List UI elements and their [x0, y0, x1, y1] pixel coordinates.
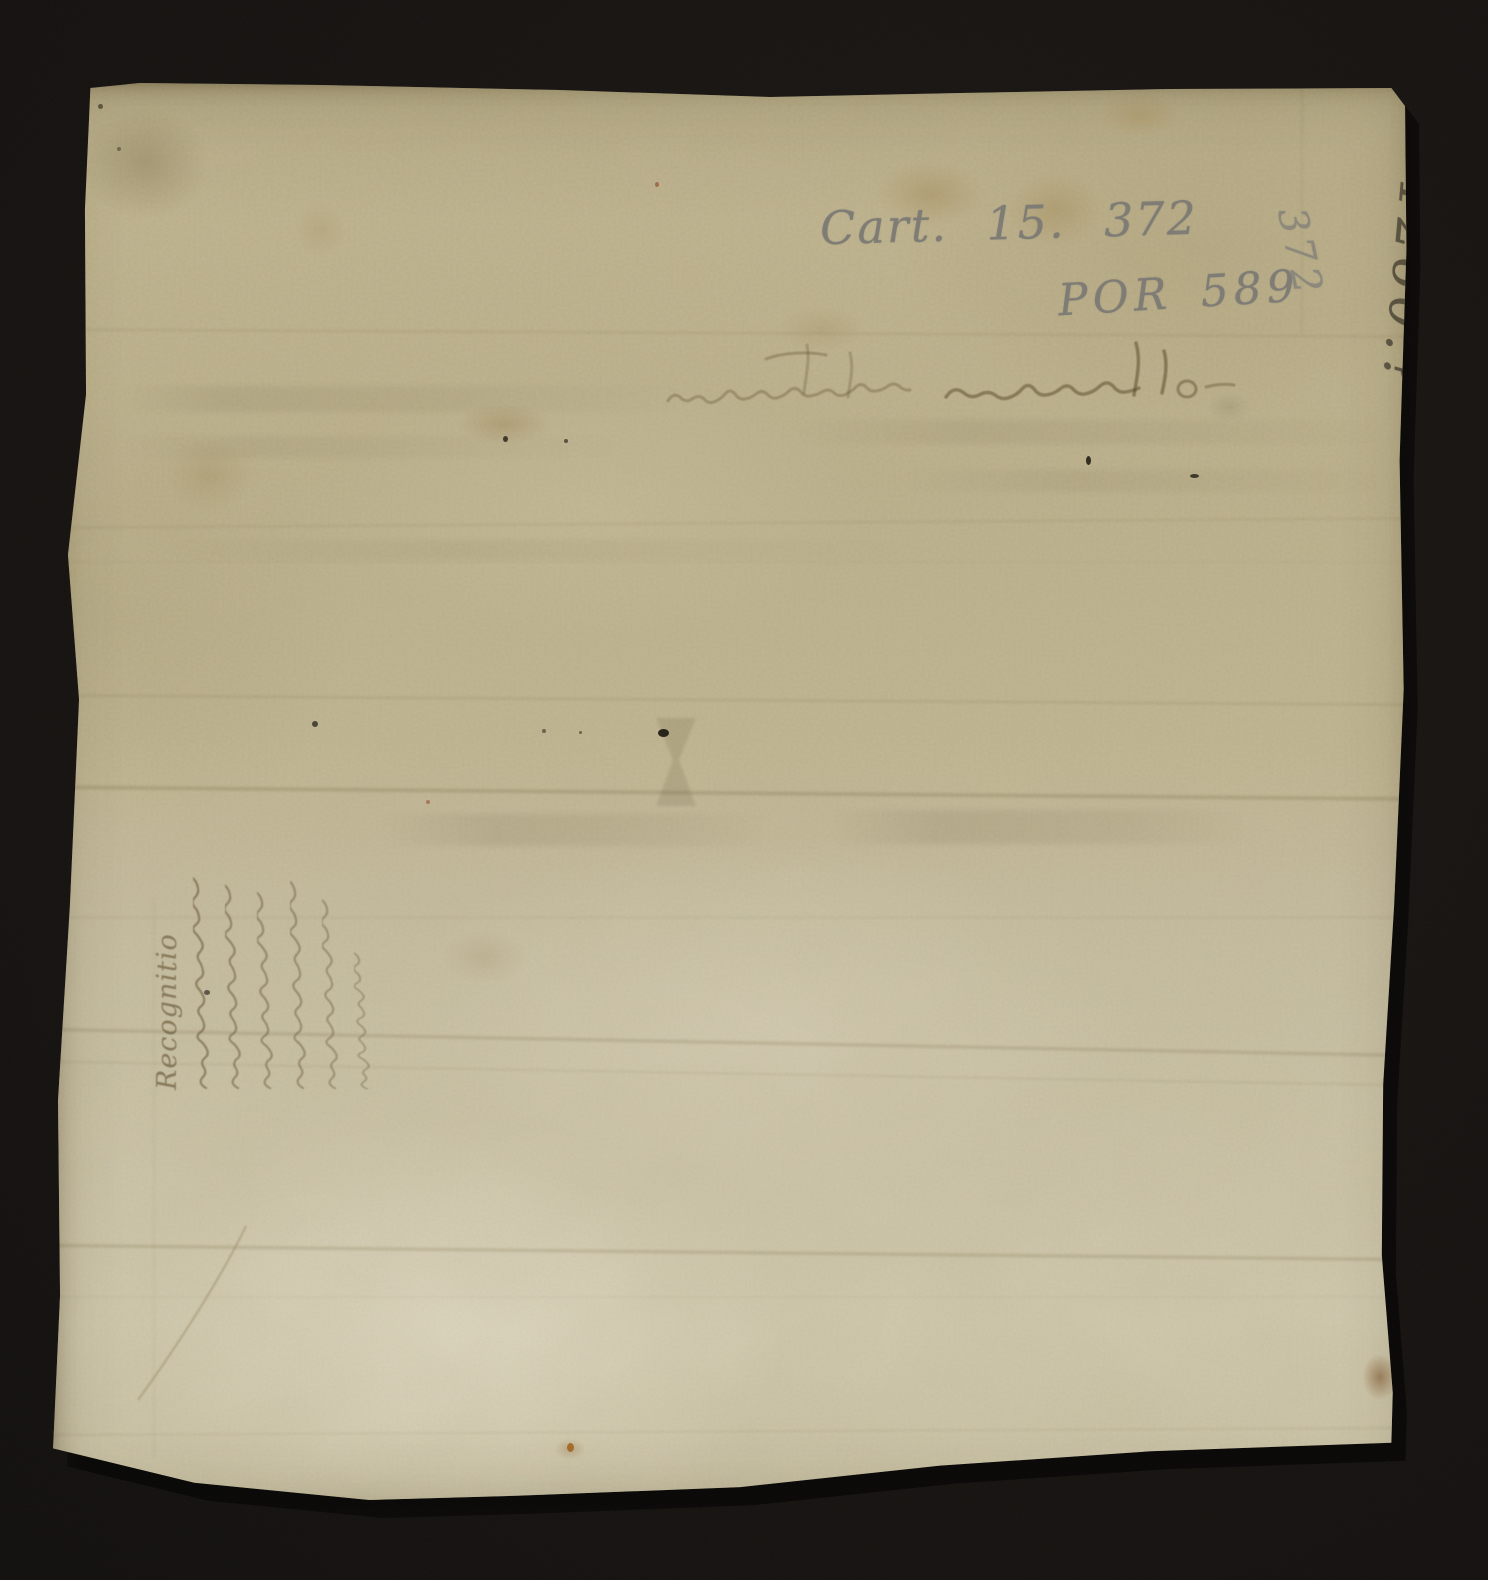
fold-crease: [48, 561, 1416, 563]
dorsal-note-illegible-line: [354, 940, 374, 1090]
dorsal-note-illegible-line: [257, 874, 277, 1090]
hole-speck: [579, 731, 582, 734]
dorsal-note-block: Recognitio: [154, 858, 374, 1090]
hole-speck: [503, 436, 508, 442]
hole-speck: [564, 439, 568, 443]
parchment-sheet: Cart. 15. 372 POR 589 372 1260.? Recogni…: [48, 78, 1416, 1510]
showthrough-text-band: [378, 814, 768, 846]
dorsal-note-illegible-line: [193, 858, 213, 1090]
hole-speck: [1086, 456, 1091, 465]
stain-mark: [1084, 84, 1196, 146]
hole-speck: [117, 147, 121, 151]
shelfmark-cart-annotation: Cart. 15. 372: [819, 195, 1198, 252]
stain-mark: [438, 396, 570, 452]
showthrough-text-band: [898, 470, 1398, 492]
dorsal-note-first-word: Recognitio: [154, 858, 181, 1090]
fold-crease: [48, 1243, 1416, 1262]
fold-crease: [48, 784, 1416, 802]
fold-crease: [48, 1426, 1416, 1436]
wax-speck: [655, 182, 659, 187]
stain-mark: [60, 88, 230, 238]
fold-crease: [48, 693, 1416, 707]
showthrough-text-band: [148, 540, 928, 560]
stain-mark: [284, 194, 356, 266]
dorsal-note-rotated-content: Recognitio: [154, 858, 374, 1090]
showthrough-text-band: [830, 810, 1250, 844]
dorsal-note-illegible-line: [225, 866, 245, 1090]
dorsal-note-illegible-line: [290, 862, 310, 1090]
wax-speck: [426, 800, 430, 804]
hourglass-mark: [644, 712, 708, 816]
photo-backdrop: Cart. 15. 372 POR 589 372 1260.? Recogni…: [0, 0, 1488, 1580]
hole-speck: [98, 104, 103, 109]
showthrough-text-band: [118, 436, 638, 458]
showthrough-text-band: [118, 386, 698, 412]
dorsal-note-illegible-line: [322, 882, 342, 1090]
hole-speck: [312, 721, 318, 727]
stain-mark: [148, 424, 270, 526]
shelfmark-por-annotation: POR 589: [1057, 265, 1301, 324]
stain-mark: [424, 918, 546, 996]
hole-speck: [658, 729, 669, 737]
fold-crease: [48, 516, 1416, 530]
fold-crease: [48, 1296, 1416, 1298]
edge-script-remnants: [1404, 1118, 1438, 1358]
hole-speck: [542, 729, 546, 733]
hole-speck: [1190, 474, 1199, 478]
faded-script-line: [646, 331, 1266, 441]
wax-speck: [567, 1443, 574, 1452]
